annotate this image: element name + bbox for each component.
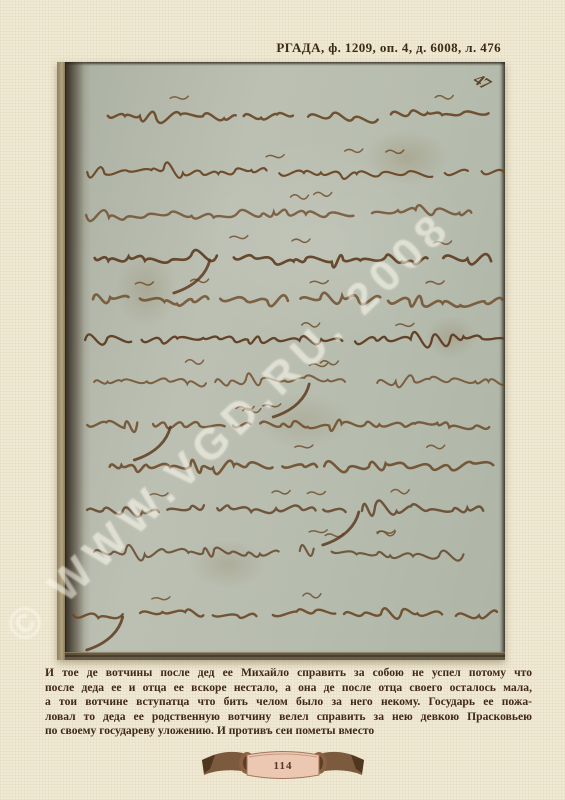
handwriting-ink — [57, 62, 505, 660]
handwriting-line — [94, 373, 505, 387]
book-page: РГАДА, ф. 1209, оп. 4, д. 6008, л. 476 4… — [0, 0, 565, 800]
superscript-mark — [303, 593, 321, 598]
archive-reference: РГАДА, ф. 1209, оп. 4, д. 6008, л. 476 — [276, 40, 501, 56]
handwriting-line — [93, 293, 503, 307]
superscript-mark — [266, 155, 284, 158]
transcription-line: ловал то деда ее родственную вотчину вел… — [45, 710, 532, 725]
transcription-line: после деда ее и отца ее вскоре нестало, … — [45, 681, 532, 696]
superscript-mark — [307, 492, 325, 495]
flourish-stroke — [323, 512, 359, 545]
handwriting-line — [73, 608, 497, 619]
page-number: 114 — [273, 760, 292, 772]
superscript-mark — [263, 404, 281, 407]
transcription-line: а тои вотчине вступатца что бить челом б… — [45, 695, 532, 710]
flourish-stroke — [273, 384, 309, 417]
superscript-mark — [391, 489, 409, 493]
flourish-stroke — [87, 617, 123, 650]
superscript-mark — [320, 361, 338, 365]
superscript-mark — [427, 445, 445, 449]
manuscript-photo: 47 — [57, 62, 505, 660]
transcription-line: по своему государеву уложению. И противъ… — [45, 724, 532, 739]
transcription-block: И тое де вотчины после дед ее Михайло сп… — [45, 666, 532, 739]
page-number-ribbon: 114 — [199, 744, 367, 788]
superscript-mark — [295, 445, 313, 448]
handwriting-line — [87, 420, 489, 432]
superscript-mark — [345, 149, 363, 152]
superscript-mark — [426, 281, 444, 284]
handwriting-line — [86, 205, 488, 221]
superscript-mark — [386, 150, 404, 153]
handwriting-line — [95, 250, 491, 267]
flourish-stroke — [174, 260, 210, 293]
superscript-mark — [272, 491, 290, 494]
superscript-mark — [186, 360, 204, 364]
superscript-mark — [314, 192, 332, 196]
superscript-mark — [230, 236, 248, 239]
superscript-mark — [434, 241, 452, 244]
handwriting-line — [87, 162, 505, 179]
handwriting-line — [110, 460, 494, 474]
handwriting-line — [108, 110, 489, 123]
superscript-mark — [310, 363, 328, 366]
handwriting-line — [85, 332, 505, 348]
superscript-mark — [396, 323, 414, 326]
superscript-mark — [150, 493, 168, 496]
flourish-stroke — [134, 427, 170, 460]
superscript-mark — [302, 323, 320, 327]
superscript-mark — [170, 96, 188, 99]
superscript-mark — [309, 530, 327, 533]
handwriting-line — [87, 501, 483, 517]
superscript-mark — [377, 530, 395, 533]
superscript-mark — [310, 281, 328, 284]
transcription-line: И тое де вотчины после дед ее Михайло сп… — [45, 666, 532, 681]
superscript-mark — [135, 282, 153, 285]
superscript-mark — [291, 195, 309, 199]
superscript-mark — [292, 239, 310, 242]
page-stack-edge — [65, 652, 505, 660]
superscript-mark — [435, 96, 453, 99]
handwriting-line — [94, 545, 464, 561]
superscript-mark — [152, 597, 170, 600]
